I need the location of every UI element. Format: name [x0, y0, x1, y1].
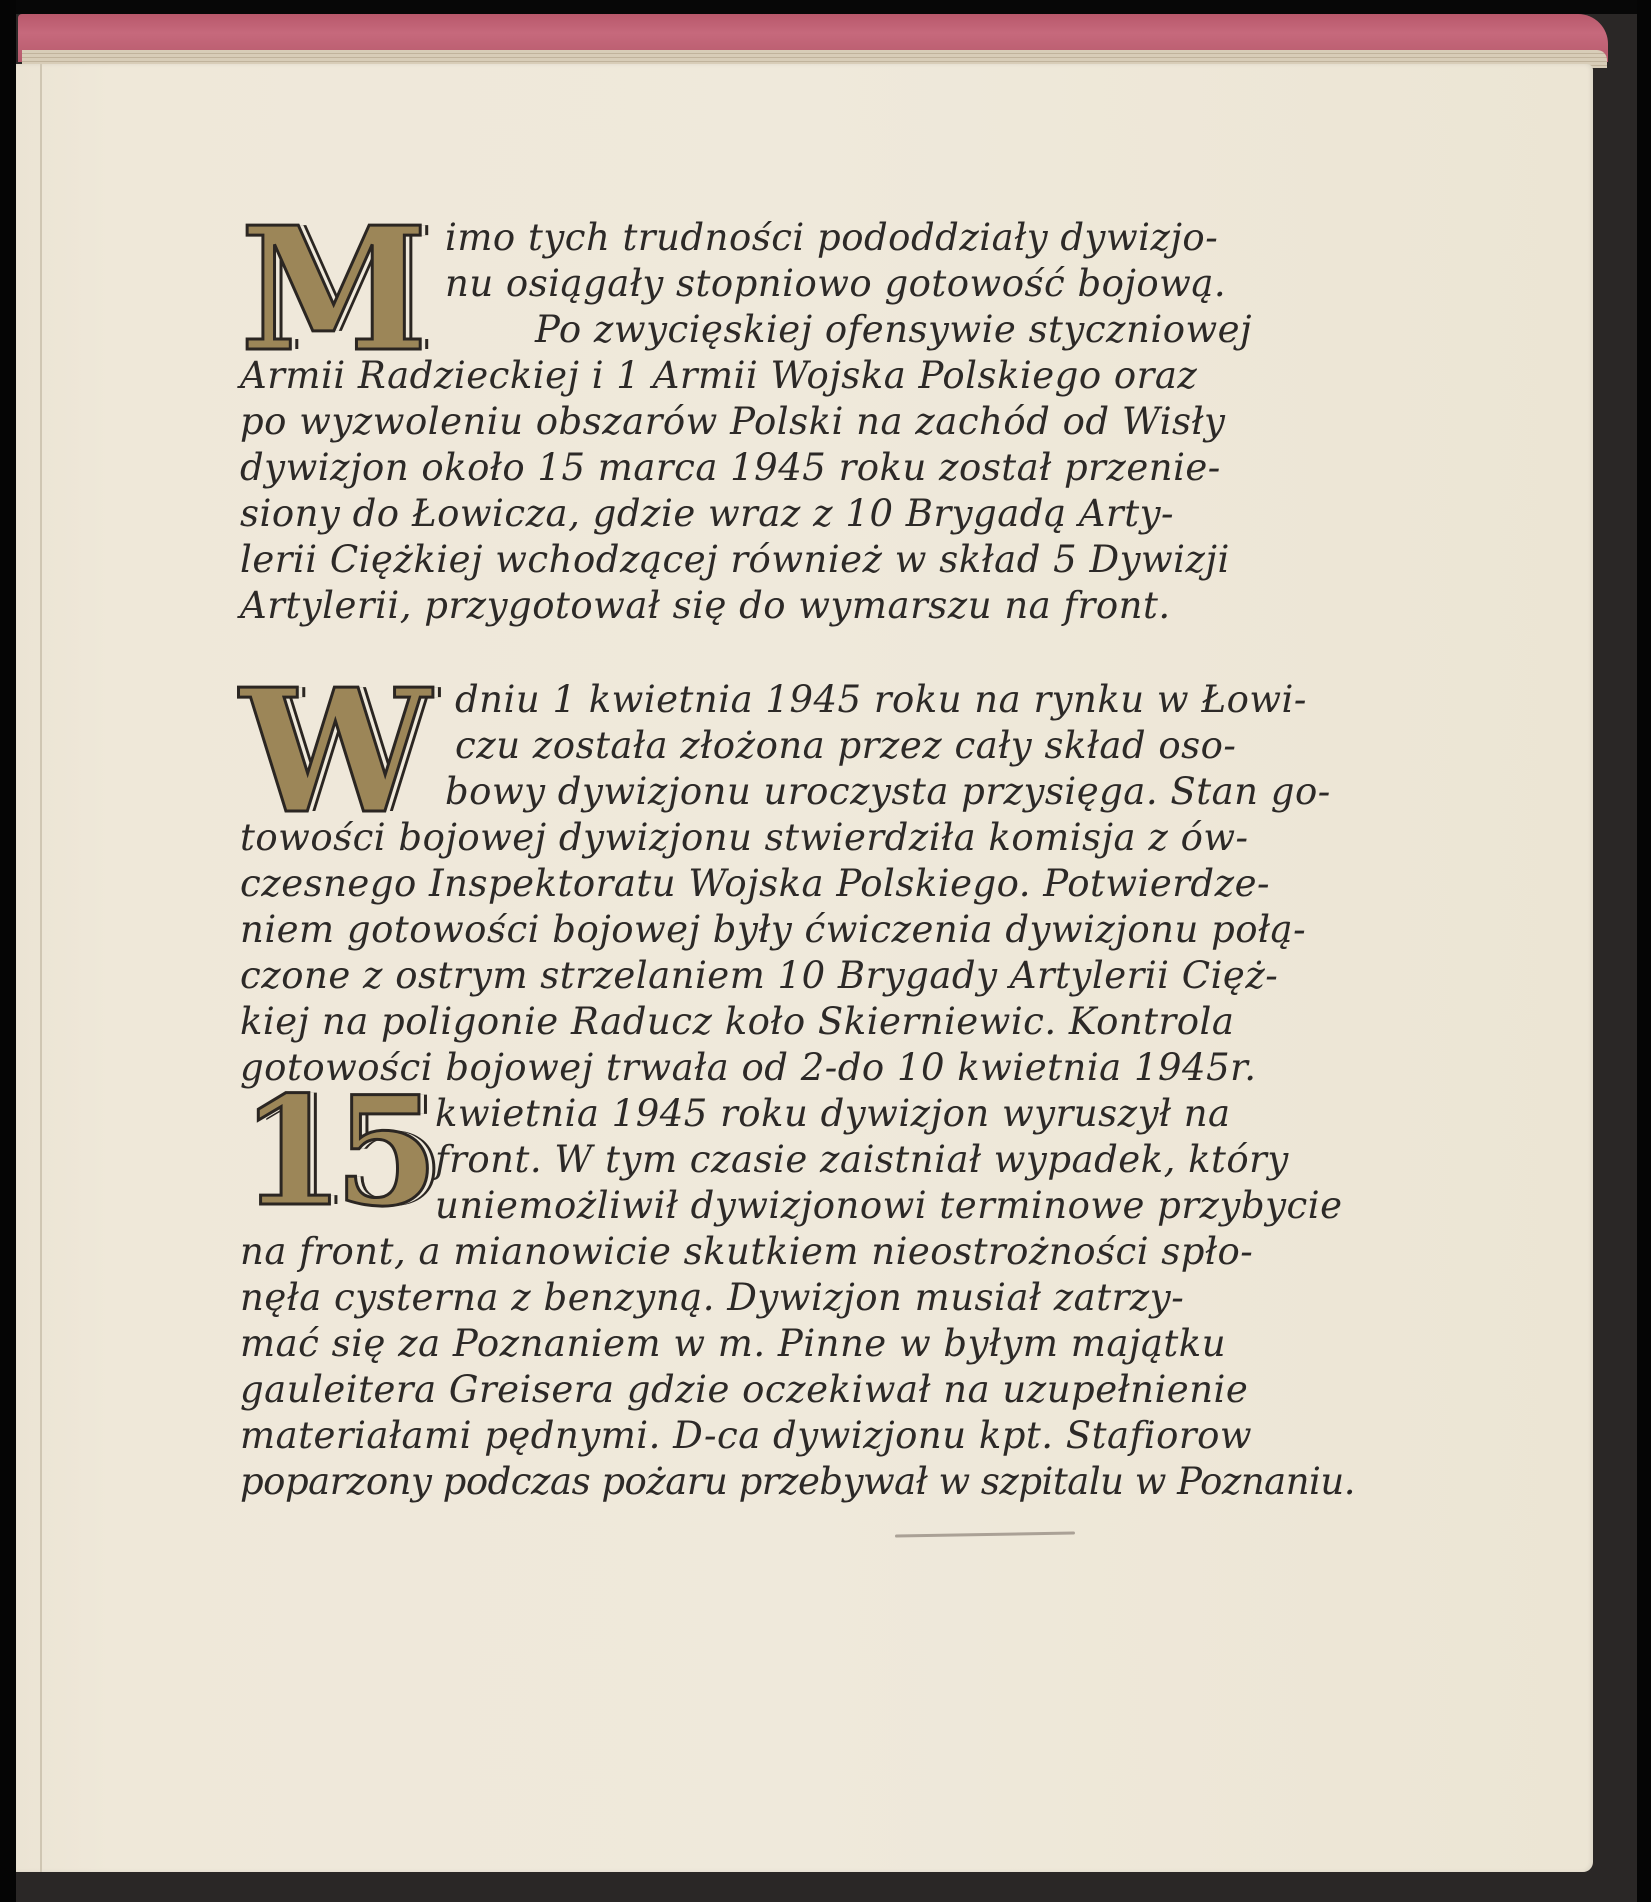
text-line: gauleitera Greisera gdzie oczekiwał na u… [240, 1367, 1440, 1413]
gutter-fold-line [40, 64, 42, 1872]
scan-background-top [0, 0, 1651, 14]
paragraph-3: 15 kwietnia 1945 roku dywizjon wyruszył … [240, 1091, 1440, 1505]
paragraph-2: W dniu 1 kwietnia 1945 roku na rynku w Ł… [240, 677, 1440, 1091]
text-line: mać się za Poznaniem w m. Pinne w byłym … [240, 1321, 1440, 1367]
text-line: dywizjon około 15 marca 1945 roku został… [240, 445, 1440, 491]
handwritten-text-body: M imo tych trudności pododdziały dywizjo… [240, 215, 1440, 1505]
illuminated-initial-15: 15 [240, 1077, 429, 1227]
text-line: siony do Łowicza, gdzie wraz z 10 Brygad… [240, 491, 1440, 537]
text-line: Artylerii, przygotował się do wymarszu n… [240, 583, 1440, 629]
text-line: nęła cysterna z benzyną. Dywizjon musiał… [240, 1275, 1440, 1321]
text-line: poparzony podczas pożaru przebywał w szp… [240, 1459, 1440, 1505]
paragraph-1: M imo tych trudności pododdziały dywizjo… [240, 215, 1440, 629]
scan-background-right [1637, 0, 1651, 1902]
text-line: lerii Ciężkiej wchodzącej również w skła… [240, 537, 1440, 583]
text-line: niem gotowości bojowej były ćwiczenia dy… [240, 907, 1440, 953]
text-line: kiej na poligonie Raducz koło Skierniewi… [240, 999, 1440, 1045]
text-line: materiałami pędnymi. D-ca dywizjonu kpt.… [240, 1413, 1440, 1459]
scan-background-left [0, 0, 16, 1902]
illuminated-initial-w: W [240, 667, 431, 837]
illuminated-initial-m: M [240, 205, 428, 375]
text-line: czone z ostrym strzelaniem 10 Brygady Ar… [240, 953, 1440, 999]
text-line: czesnego Inspektoratu Wojska Polskiego. … [240, 861, 1440, 907]
text-line: po wyzwoleniu obszarów Polski na zachód … [240, 399, 1440, 445]
